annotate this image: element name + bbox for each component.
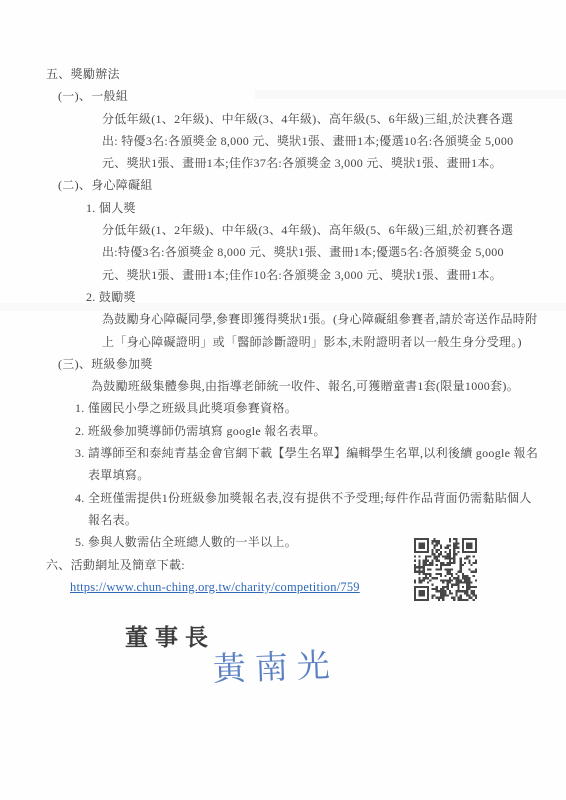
individual-award-text-line: 元、獎狀1張、畫冊1本;佳作10名:各頒獎金 3,000 元、獎狀1張、畫冊1本… bbox=[0, 264, 566, 286]
class-award-item: 1. 僅國民小學之班級具此獎項參賽資格。 bbox=[0, 397, 566, 419]
encouragement-award-text-line: 上「身心障礙證明」或「醫師診斷證明」影本,未附證明者以一般生身分受理。) bbox=[0, 331, 566, 353]
section-5-heading: 五、獎勵辦法 bbox=[0, 63, 566, 85]
class-award-item: 3. 請導師至和泰純青基金會官網下載【學生名單】編輯學生名單,以利後續 goog… bbox=[0, 442, 566, 464]
scanned-document-page: 五、獎勵辦法 (一)、一般組 分低年級(1、2年級)、中年級(3、4年級)、高年… bbox=[0, 0, 566, 800]
individual-award-heading: 1. 個人獎 bbox=[0, 197, 566, 219]
class-award-item-continuation: 表單填寫。 bbox=[0, 464, 566, 486]
encouragement-award-text-line: 為鼓勵身心障礙同學,參賽即獲得獎狀1張。(身心障礙組參賽者,請於寄送作品時附 bbox=[0, 308, 566, 330]
class-award-item: 4. 全班僅需提供1份班級參加獎報名表,沒有提供不予受理;每件作品背面仍需黏貼個… bbox=[0, 487, 566, 509]
general-group-text-line: 元、獎狀1張、畫冊1本;佳作37名:各頒獎金 3,000 元、獎狀1張、畫冊1本… bbox=[0, 152, 566, 174]
activity-url-line: https://www.chun-ching.org.tw/charity/co… bbox=[0, 576, 566, 598]
class-award-intro: 為鼓勵班級集體參與,由指導老師統一收件、報名,可獲贈童書1套(限量1000套)。 bbox=[0, 375, 566, 397]
individual-award-text-line: 出:特優3名:各頒獎金 8,000 元、獎狀1張、畫冊1本;優選5名:各頒獎金 … bbox=[0, 241, 566, 263]
general-group-text-line: 出: 特優3名:各頒獎金 8,000 元、獎狀1張、畫冊1本;優選10名:各頒獎… bbox=[0, 130, 566, 152]
section-6-heading: 六、活動網址及簡章下載: bbox=[0, 554, 566, 576]
disability-group-heading: (二)、身心障礙組 bbox=[0, 174, 566, 196]
activity-url-link[interactable]: https://www.chun-ching.org.tw/charity/co… bbox=[70, 580, 360, 594]
class-award-heading: (三)、班級參加獎 bbox=[0, 353, 566, 375]
individual-award-text-line: 分低年級(1、2年級)、中年級(3、4年級)、高年級(5、6年級)三組,於初賽各… bbox=[0, 219, 566, 241]
class-award-item-continuation: 報名表。 bbox=[0, 509, 566, 531]
document-body: 五、獎勵辦法 (一)、一般組 分低年級(1、2年級)、中年級(3、4年級)、高年… bbox=[0, 63, 566, 698]
class-award-item: 5. 參與人數需佔全班總人數的一半以上。 bbox=[0, 531, 566, 553]
class-award-item: 2. 班級參加獎導師仍需填寫 google 報名表單。 bbox=[0, 420, 566, 442]
general-group-text-line: 分低年級(1、2年級)、中年級(3、4年級)、高年級(5、6年級)三組,於決賽各… bbox=[0, 108, 566, 130]
encouragement-award-heading: 2. 鼓勵獎 bbox=[0, 286, 566, 308]
general-group-heading: (一)、一般組 bbox=[0, 85, 566, 107]
qr-code-icon bbox=[414, 538, 477, 601]
